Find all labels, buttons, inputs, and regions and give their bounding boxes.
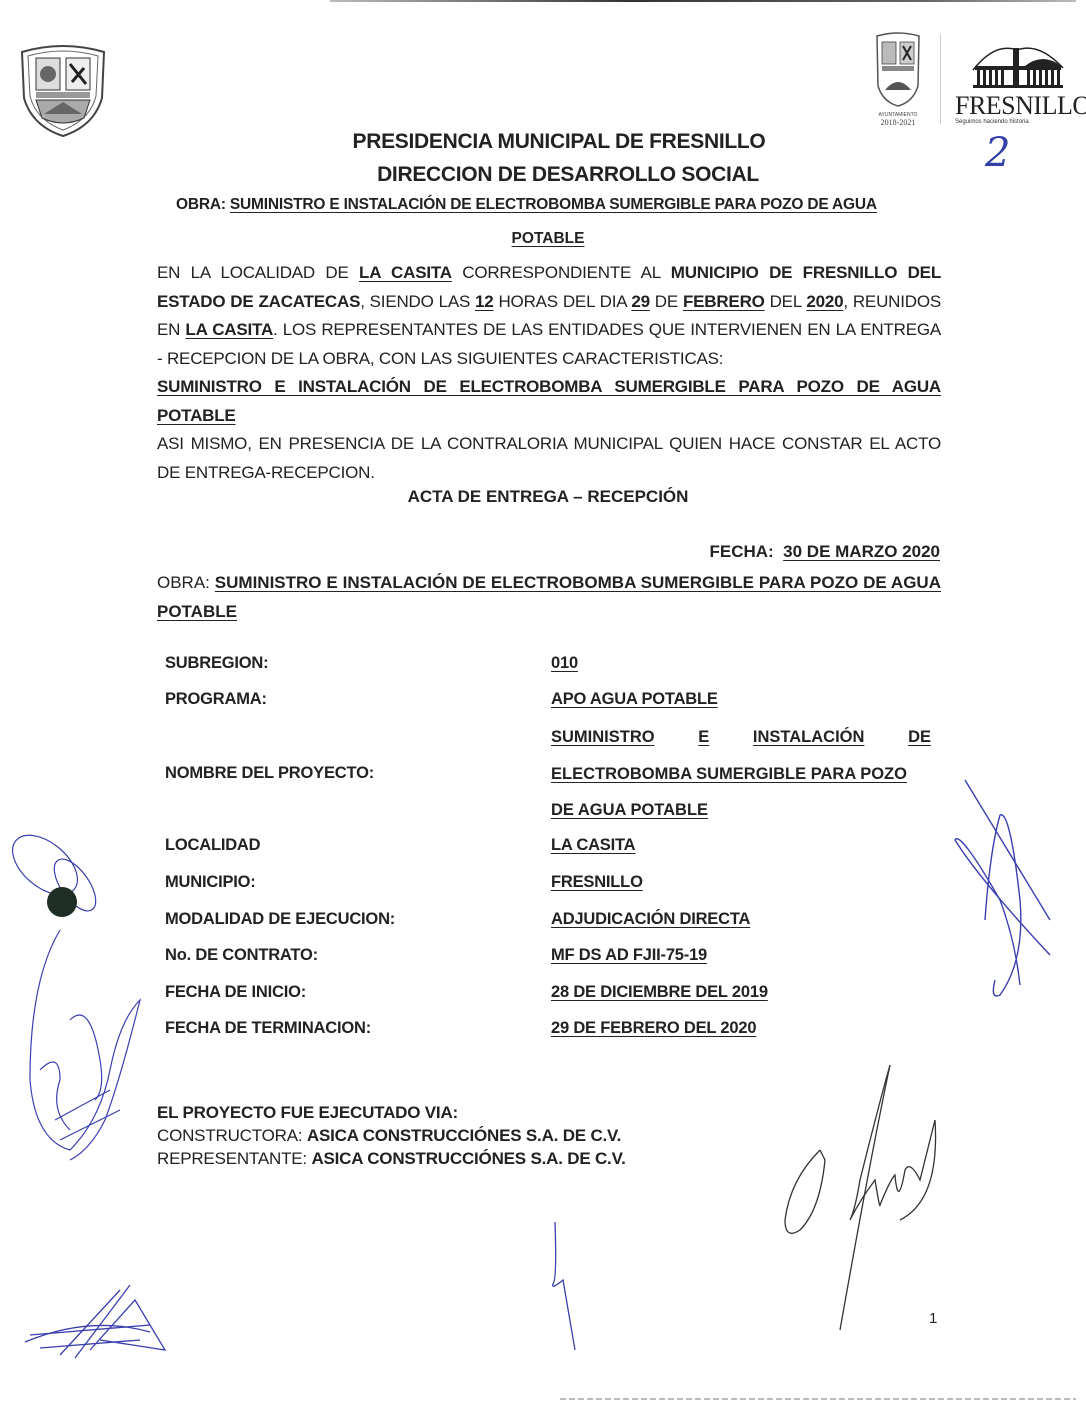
- proyecto-label: NOMBRE DEL PROYECTO:: [165, 764, 374, 783]
- obra-summary-label: OBRA:: [157, 573, 210, 592]
- obra-heading: OBRA: SUMINISTRO E INSTALACIÓN DE ELECTR…: [176, 196, 877, 214]
- acta-title: ACTA DE ENTREGA – RECEPCIÓN: [0, 487, 1086, 507]
- fresnillo-skyline-icon: [955, 40, 1080, 88]
- contrato-value: MF DS AD FJII-75-19: [551, 946, 707, 965]
- proyecto-line-3: DE AGUA POTABLE: [551, 801, 708, 819]
- intro-text: ASI MISMO, EN PRESENCIA DE LA CONTRALORI…: [157, 434, 941, 482]
- intro-text: EN LA LOCALIDAD DE: [157, 263, 359, 282]
- intro-localidad: LA CASITA: [359, 263, 452, 282]
- proyecto-line-2: ELECTROBOMBA SUMERGIBLE PARA POZO: [551, 765, 907, 783]
- intro-text: CORRESPONDIENTE AL: [452, 263, 671, 282]
- signature-left-icon: [0, 820, 160, 1380]
- acta-date: FECHA: 30 DE MARZO 2020: [709, 542, 940, 562]
- representante-value: ASICA CONSTRUCCIÓNES S.A. DE C.V.: [311, 1149, 625, 1168]
- intro-text: HORAS DEL DIA: [494, 292, 632, 311]
- obra-summary: OBRA: SUMINISTRO E INSTALACIÓN DE ELECTR…: [157, 569, 941, 626]
- municipal-coat-of-arms-icon: [14, 38, 112, 138]
- inicio-value: 28 DE DICIEMBRE DEL 2019: [551, 983, 768, 1002]
- svg-text:2018-2021: 2018-2021: [881, 118, 916, 127]
- signature-small-icon: [545, 1220, 595, 1360]
- intro-text: . LOS REPRESENTANTES DE LAS ENTIDADES QU…: [157, 320, 941, 368]
- localidad-label: LOCALIDAD: [165, 836, 260, 855]
- constructora-value: ASICA CONSTRUCCIÓNES S.A. DE C.V.: [307, 1126, 621, 1145]
- signature-center-right-icon: [780, 1060, 980, 1340]
- inicio-label: FECHA DE INICIO:: [165, 983, 306, 1002]
- intro-text: DE: [650, 292, 683, 311]
- document-subtitle: DIRECCION DE DESARROLLO SOCIAL: [0, 163, 1086, 187]
- subregion-value: 010: [551, 654, 578, 673]
- modalidad-value: ADJUDICACIÓN DIRECTA: [551, 910, 750, 929]
- obra-heading-title: SUMINISTRO E INSTALACIÓN DE ELECTROBOMBA…: [230, 196, 877, 213]
- scan-top-edge: [330, 0, 1076, 2]
- representante-label: REPRESENTANTE:: [157, 1149, 311, 1168]
- constructora-label: CONSTRUCTORA:: [157, 1126, 307, 1145]
- intro-dia: 29: [631, 292, 650, 311]
- programa-label: PROGRAMA:: [165, 690, 267, 709]
- signature-right-icon: [940, 770, 1060, 1020]
- acta-date-label: FECHA:: [709, 542, 773, 561]
- municipio-label: MUNICIPIO:: [165, 873, 256, 892]
- termino-label: FECHA DE TERMINACION:: [165, 1019, 371, 1038]
- intro-paragraph: EN LA LOCALIDAD DE LA CASITA CORRESPONDI…: [157, 259, 941, 487]
- intro-hora: 12: [475, 292, 494, 311]
- modalidad-label: MODALIDAD DE EJECUCION:: [165, 910, 395, 929]
- programa-value: APO AGUA POTABLE: [551, 690, 718, 709]
- intro-text: , SIENDO LAS: [360, 292, 475, 311]
- intro-text: DEL: [765, 292, 807, 311]
- intro-mes: FEBRERO: [683, 292, 765, 311]
- localidad-value: LA CASITA: [551, 836, 635, 855]
- subregion-label: SUBREGION:: [165, 654, 268, 673]
- acta-date-value: 30 DE MARZO 2020: [783, 542, 940, 561]
- contrato-label: No. DE CONTRATO:: [165, 946, 318, 965]
- intro-caracteristicas: SUMINISTRO E INSTALACIÓN DE ELECTROBOMBA…: [157, 377, 941, 425]
- obra-summary-value: SUMINISTRO E INSTALACIÓN DE ELECTROBOMBA…: [157, 573, 941, 621]
- fresnillo-logo-name: FRESNILLO: [955, 93, 1080, 119]
- ayuntamiento-shield-icon: AYUNTAMIENTO 2018-2021: [873, 30, 923, 130]
- proyecto-value: SUMINISTROEINSTALACIÓNDE ELECTROBOMBA SU…: [551, 719, 931, 829]
- obra-heading-label: OBRA:: [176, 196, 226, 213]
- obra-heading-title-2: POTABLE: [512, 230, 585, 247]
- intro-lugar: LA CASITA: [185, 320, 273, 339]
- municipio-value: FRESNILLO: [551, 873, 643, 892]
- logo-divider: [940, 34, 941, 124]
- scan-bottom-edge: [560, 1398, 1076, 1400]
- intro-anio: 2020: [806, 292, 843, 311]
- execution-block: EL PROYECTO FUE EJECUTADO VIA: CONSTRUCT…: [157, 1101, 626, 1170]
- document-title: PRESIDENCIA MUNICIPAL DE FRESNILLO: [0, 130, 1086, 154]
- fresnillo-logo: FRESNILLO Seguimos haciendo historia: [955, 40, 1080, 120]
- execution-heading: EL PROYECTO FUE EJECUTADO VIA:: [157, 1103, 458, 1122]
- obra-heading-continued: POTABLE: [0, 230, 1086, 248]
- termino-value: 29 DE FEBRERO DEL 2020: [551, 1019, 756, 1038]
